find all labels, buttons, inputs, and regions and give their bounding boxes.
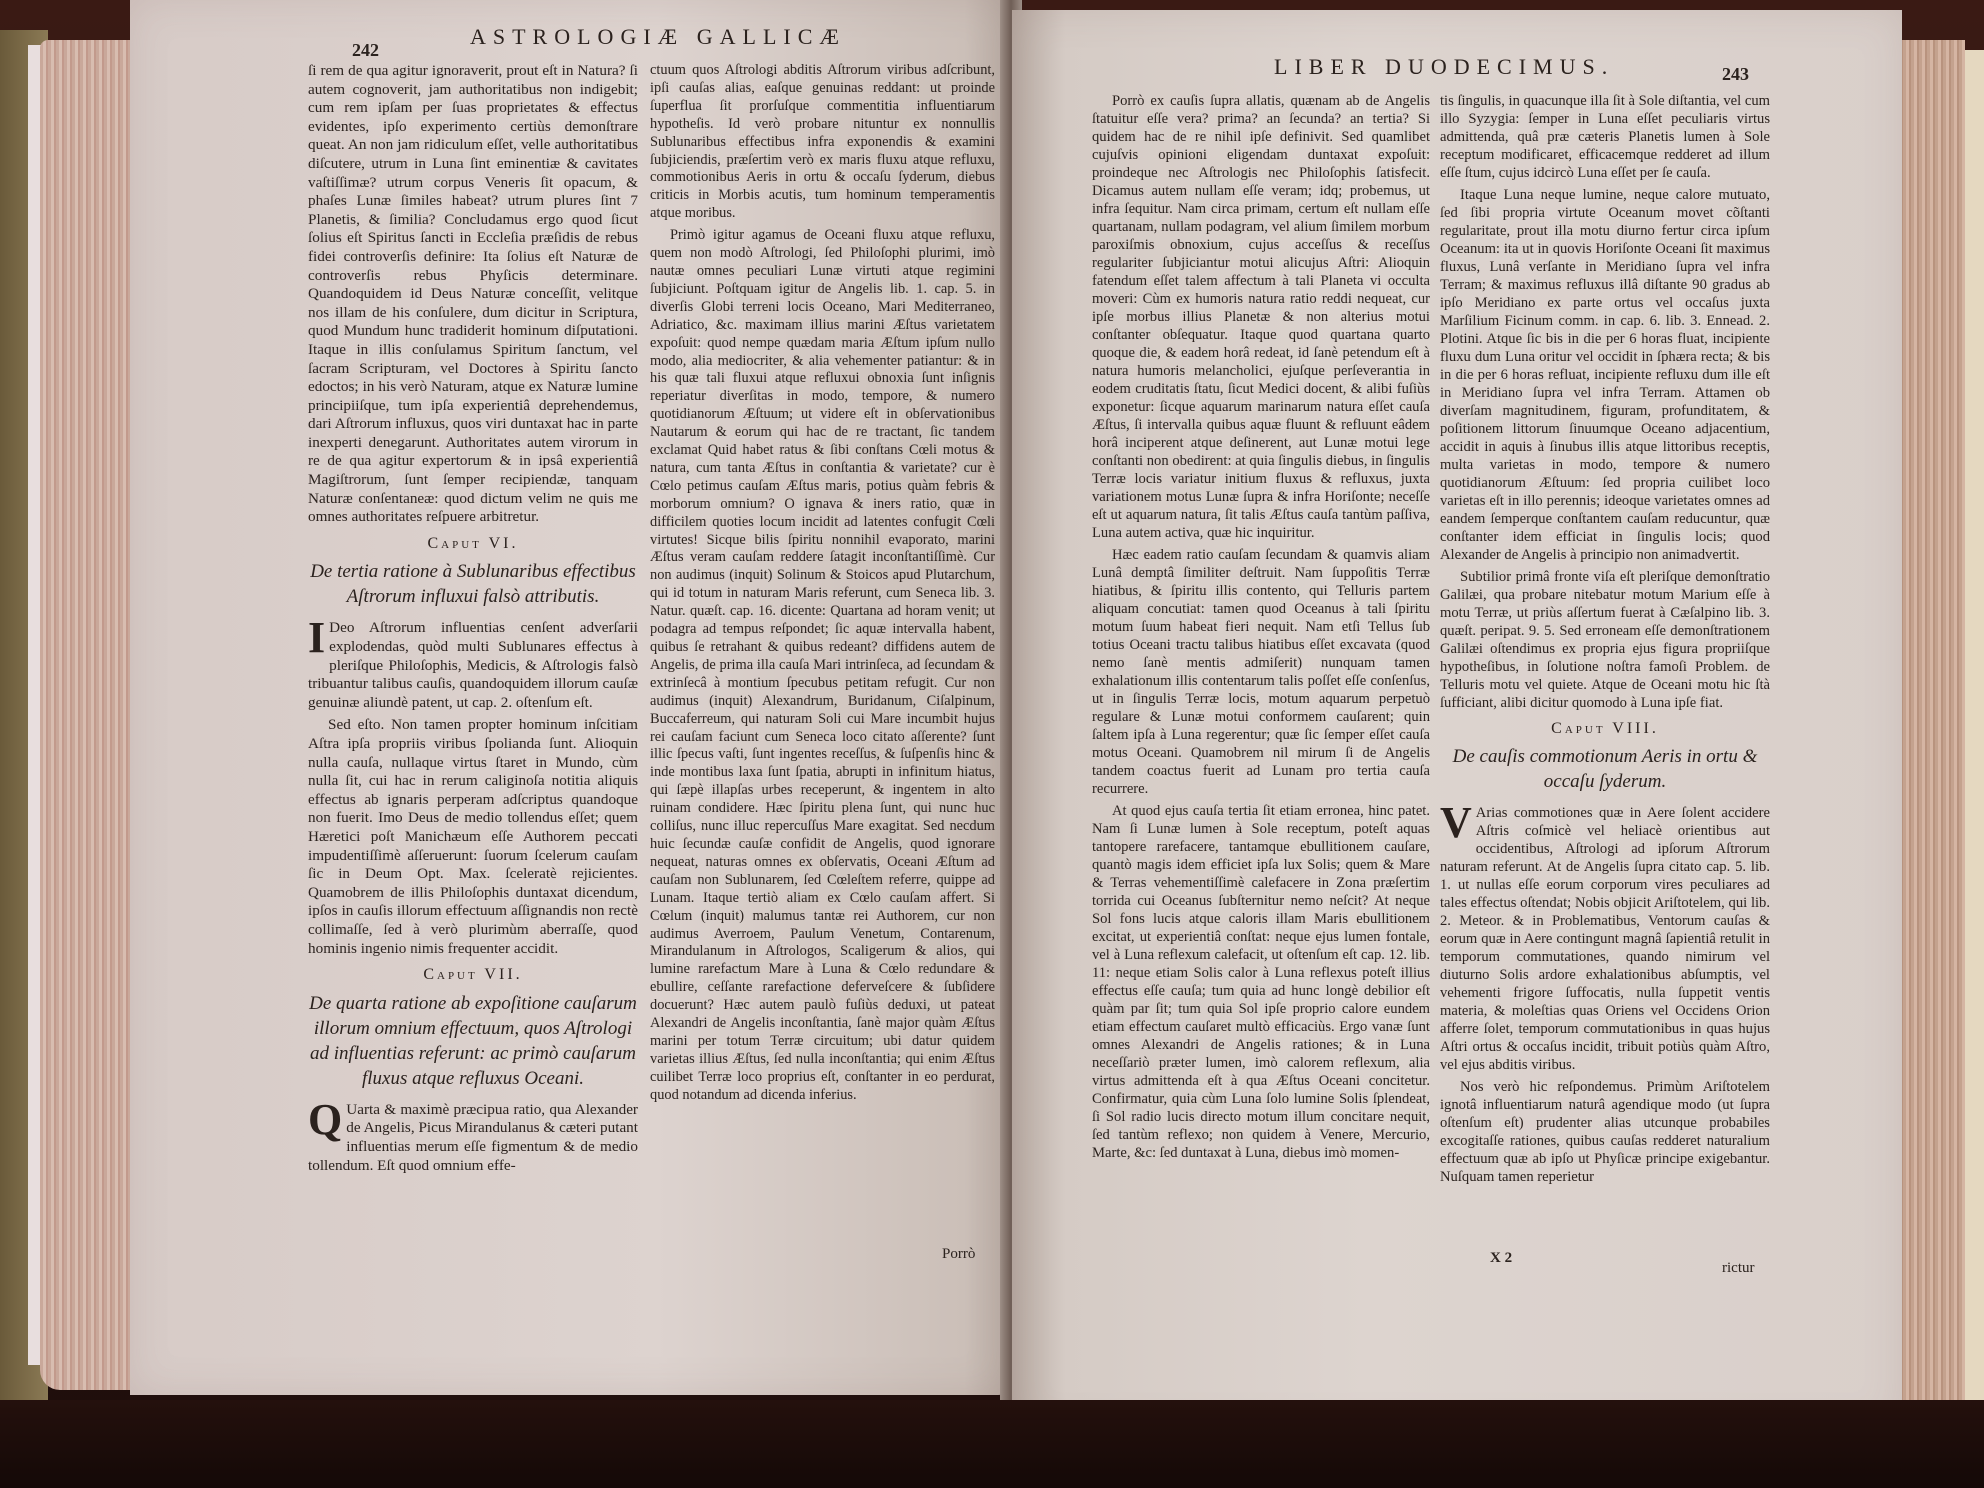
paragraph: Porrò ex cauſis ſupra allatis, quænam ab… xyxy=(1092,92,1430,542)
paragraph: Hæc eadem ratio cauſam ſecundam & quamvi… xyxy=(1092,546,1430,798)
right-page-column-2: tis ſingulis, in quacunque illa ſit à So… xyxy=(1440,92,1770,1190)
paragraph: Itaque Luna neque lumine, neque calore m… xyxy=(1440,186,1770,564)
paragraph: Nos verò hic reſpondemus. Primùm Ariſtot… xyxy=(1440,1078,1770,1186)
paragraph: At quod ejus cauſa tertia ſit etiam erro… xyxy=(1092,802,1430,1162)
paragraph: ctuum quos Aſtrologi abditis Aſtrorum vi… xyxy=(650,62,995,223)
left-page-column-2: ctuum quos Aſtrologi abditis Aſtrorum vi… xyxy=(650,62,995,1109)
paragraph: ſi rem de qua agitur ignoraverit, prout … xyxy=(308,62,638,527)
paragraph: Deo Aſtrorum influentias cenſent adverſa… xyxy=(308,619,638,710)
paragraph: Subtilior primâ fronte viſa eſt pleriſqu… xyxy=(1440,568,1770,712)
signature-mark: X 2 xyxy=(1490,1250,1512,1267)
right-page: LIBER DUODECIMUS. 243 Porrò ex cauſis ſu… xyxy=(1012,10,1902,1430)
catchword-right: rictur xyxy=(1722,1260,1754,1277)
right-page-edges xyxy=(1895,40,1965,1400)
chapter-title-8: De cauſis commotionum Aeris in ortu & oc… xyxy=(1440,744,1770,794)
paragraph: Sed eſto. Non tamen propter hominum inſc… xyxy=(308,716,638,958)
left-page-edges xyxy=(40,40,140,1390)
chapter-label-8: Caput VIII. xyxy=(1440,720,1770,738)
paragraph: Uarta & maximè præcipua ratio, qua Alexa… xyxy=(308,1101,638,1174)
chapter-label-6: Caput VI. xyxy=(308,535,638,554)
paragraph: tis ſingulis, in quacunque illa ſit à So… xyxy=(1440,92,1770,182)
running-head-right: LIBER DUODECIMUS. xyxy=(1274,54,1614,80)
drop-cap-Q: Q xyxy=(308,1101,342,1139)
drop-cap-V: V xyxy=(1440,804,1472,842)
page-number-left: 242 xyxy=(352,40,379,61)
drop-cap-I: I xyxy=(308,619,325,657)
left-page: 242 ASTROLOGIÆ GALLICÆ ſi rem de qua agi… xyxy=(130,0,1008,1395)
chapter-label-7: Caput VII. xyxy=(308,966,638,985)
table-edge xyxy=(0,1400,1984,1488)
chapter-title-7: De quarta ratione ab expoſitione cauſaru… xyxy=(308,991,638,1091)
running-head-left: ASTROLOGIÆ GALLICÆ xyxy=(470,24,846,50)
right-page-column-1: Porrò ex cauſis ſupra allatis, quænam ab… xyxy=(1092,92,1430,1166)
paragraph: Arias commotiones quæ in Aere ſolent acc… xyxy=(1440,805,1770,1073)
page-number-right: 243 xyxy=(1722,64,1749,85)
paragraph: Primò igitur agamus de Oceani fluxu atqu… xyxy=(650,227,995,1104)
left-page-column-1: ſi rem de qua agitur ignoraverit, prout … xyxy=(308,62,638,1179)
chapter-title-6: De tertia ratione à Sublunaribus effecti… xyxy=(308,559,638,609)
catchword-left: Porrò xyxy=(942,1246,975,1263)
